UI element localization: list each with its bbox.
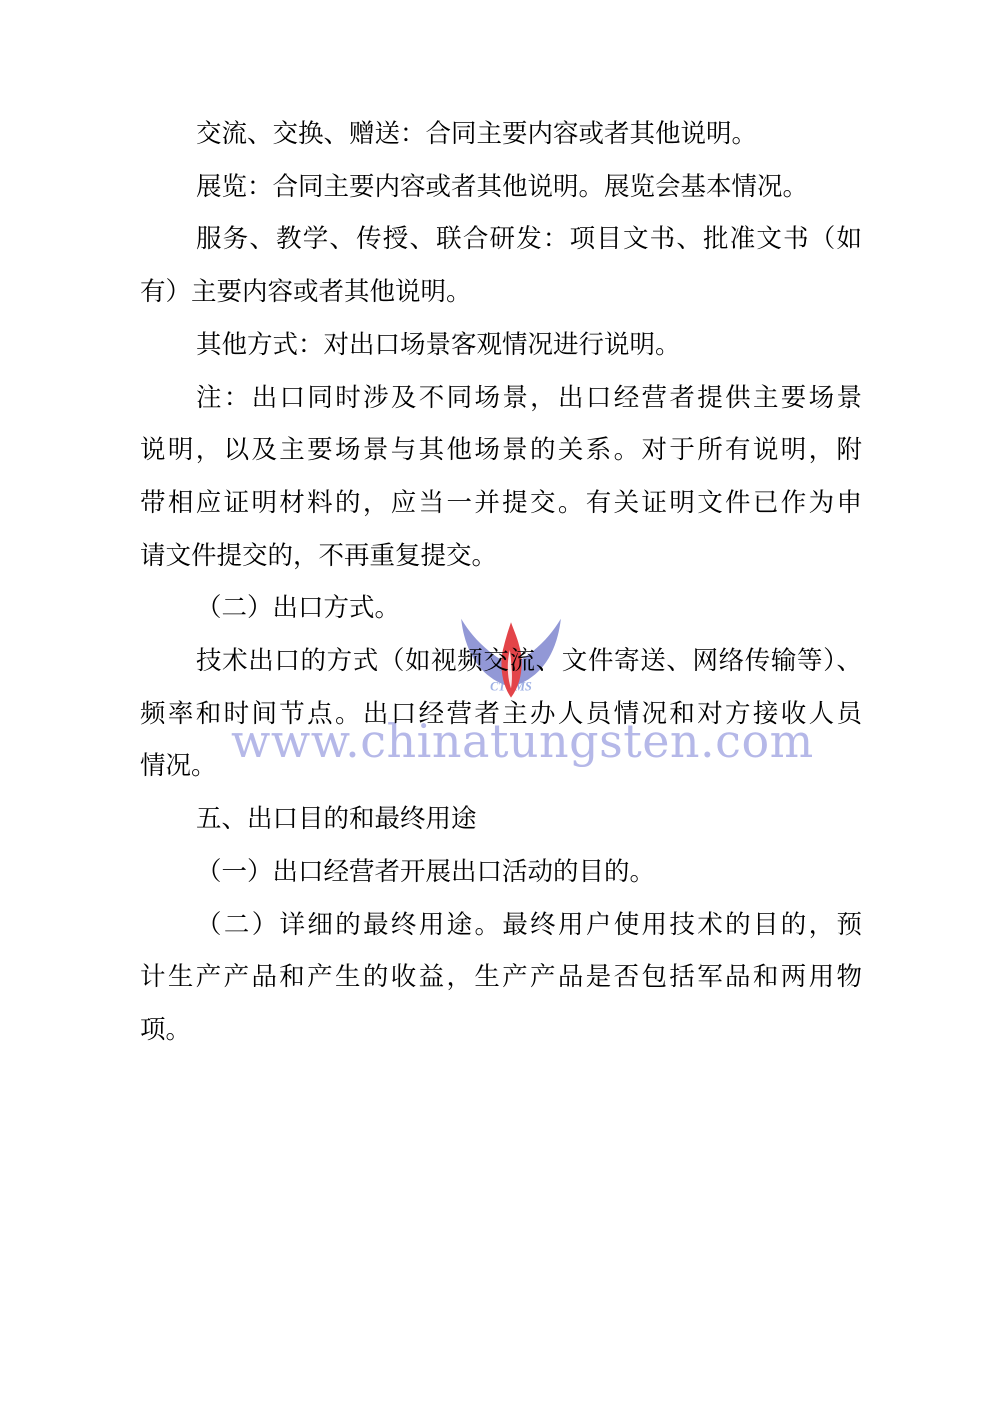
document-page: CTOMS www.chinatungsten.com 交流、交换、赠送：合同主…	[0, 0, 1000, 1414]
text-line: 项。	[140, 1004, 862, 1057]
text-line: 带相应证明材料的，应当一并提交。有关证明文件已作为申	[140, 477, 862, 530]
text-line: 展览：合同主要内容或者其他说明。展览会基本情况。	[140, 161, 862, 214]
paragraph: 其他方式：对出口场景客观情况进行说明。	[140, 319, 862, 372]
text-line: 请文件提交的，不再重复提交。	[140, 530, 862, 583]
text-line: 频率和时间节点。出口经营者主办人员情况和对方接收人员	[140, 688, 862, 741]
text-line: （二）出口方式。	[140, 582, 862, 635]
text-line: （一）出口经营者开展出口活动的目的。	[140, 846, 862, 899]
paragraph: （一）出口经营者开展出口活动的目的。	[140, 846, 862, 899]
paragraph: （二）详细的最终用途。最终用户使用技术的目的，预计生产产品和产生的收益，生产产品…	[140, 899, 862, 1057]
paragraph: 五、出口目的和最终用途	[140, 793, 862, 846]
text-line: 服务、教学、传授、联合研发：项目文书、批准文书（如	[140, 213, 862, 266]
text-line: 其他方式：对出口场景客观情况进行说明。	[140, 319, 862, 372]
text-line: 说明，以及主要场景与其他场景的关系。对于所有说明，附	[140, 424, 862, 477]
paragraph: 服务、教学、传授、联合研发：项目文书、批准文书（如有）主要内容或者其他说明。	[140, 213, 862, 318]
text-line: 情况。	[140, 740, 862, 793]
text-line: 注：出口同时涉及不同场景，出口经营者提供主要场景	[140, 372, 862, 425]
document-body: 交流、交换、赠送：合同主要内容或者其他说明。展览：合同主要内容或者其他说明。展览…	[140, 108, 862, 1057]
text-line: 五、出口目的和最终用途	[140, 793, 862, 846]
text-line: 技术出口的方式（如视频交流、文件寄送、网络传输等）、	[140, 635, 862, 688]
text-line: （二）详细的最终用途。最终用户使用技术的目的，预	[140, 899, 862, 952]
paragraph: 注：出口同时涉及不同场景，出口经营者提供主要场景说明，以及主要场景与其他场景的关…	[140, 372, 862, 583]
text-line: 交流、交换、赠送：合同主要内容或者其他说明。	[140, 108, 862, 161]
paragraph: （二）出口方式。	[140, 582, 862, 635]
text-line: 有）主要内容或者其他说明。	[140, 266, 862, 319]
paragraph: 展览：合同主要内容或者其他说明。展览会基本情况。	[140, 161, 862, 214]
paragraph: 交流、交换、赠送：合同主要内容或者其他说明。	[140, 108, 862, 161]
text-line: 计生产产品和产生的收益，生产产品是否包括军品和两用物	[140, 951, 862, 1004]
paragraph: 技术出口的方式（如视频交流、文件寄送、网络传输等）、频率和时间节点。出口经营者主…	[140, 635, 862, 793]
